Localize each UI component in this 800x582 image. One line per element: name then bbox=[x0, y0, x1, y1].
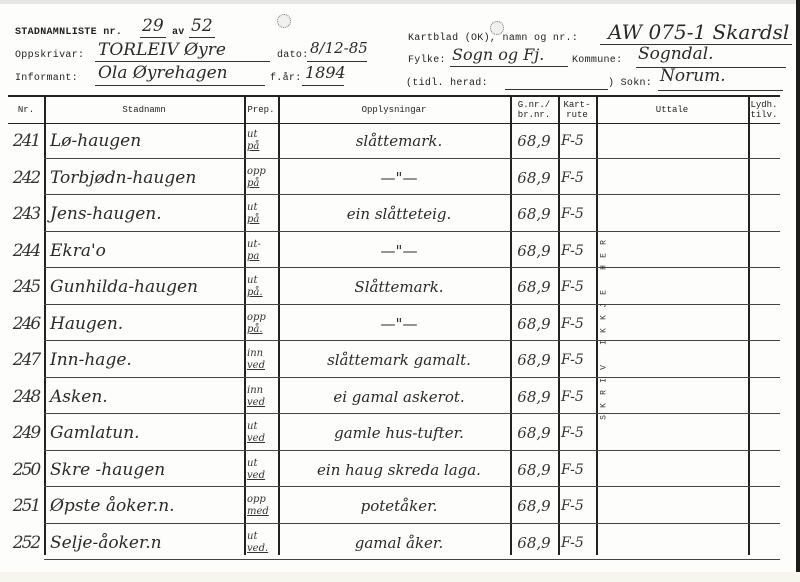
information: Slåttemark. bbox=[288, 271, 510, 304]
col-header-uttale: Uttale bbox=[596, 95, 748, 125]
underline bbox=[307, 61, 367, 62]
kartrute: F-5 bbox=[561, 162, 596, 195]
prep-line-1: ut bbox=[247, 129, 257, 141]
row-divider bbox=[44, 413, 780, 414]
row-divider bbox=[44, 158, 780, 159]
prep-line-2: på bbox=[247, 178, 259, 190]
uttale-cell bbox=[598, 381, 746, 414]
underline bbox=[189, 37, 215, 38]
col-header-lydh: Lydh. tilv. bbox=[748, 95, 780, 125]
lydh-cell bbox=[750, 198, 780, 231]
row-divider bbox=[44, 486, 780, 487]
prep-line-1: ut- bbox=[247, 239, 261, 251]
place-name: Torbjødn-haugen bbox=[50, 162, 244, 195]
preposition: utpå bbox=[247, 198, 278, 231]
kartrute: F-5 bbox=[561, 527, 596, 560]
prep-line-2: pa bbox=[247, 251, 259, 263]
lydh-cell bbox=[750, 490, 780, 523]
place-name: Lø-haugen bbox=[50, 125, 244, 158]
prep-line-2: på. bbox=[247, 324, 263, 336]
gnr-bnr: 68,9 bbox=[510, 162, 558, 195]
kartrute: F-5 bbox=[561, 271, 596, 304]
row-number: 247 bbox=[8, 344, 44, 377]
information: slåttemark. bbox=[288, 125, 510, 158]
prep-line-2: ved. bbox=[247, 543, 268, 555]
fylke-value: Sogn og Fj. bbox=[452, 45, 544, 64]
information: ein haug skreda laga. bbox=[288, 454, 510, 487]
stamp-letter: R bbox=[600, 387, 609, 399]
faar-label: f.år: bbox=[270, 73, 302, 84]
kartblad-value: AW 075-1 Skardsl bbox=[608, 20, 789, 44]
row-divider bbox=[44, 231, 780, 232]
lydh-cell bbox=[750, 271, 780, 304]
uttale-cell bbox=[598, 235, 746, 268]
uttale-cell bbox=[598, 344, 746, 377]
preposition: opppå. bbox=[247, 308, 278, 341]
gnr-bnr: 68,9 bbox=[510, 381, 558, 414]
uttale-cell bbox=[598, 308, 746, 341]
information: —"— bbox=[288, 235, 510, 268]
row-number: 243 bbox=[8, 198, 44, 231]
prep-line-2: med bbox=[247, 506, 269, 518]
place-name: Gunhilda-haugen bbox=[50, 271, 244, 304]
underline bbox=[95, 85, 265, 86]
prep-line-2: på. bbox=[247, 287, 263, 299]
place-name: Asken. bbox=[50, 381, 244, 414]
row-number: 241 bbox=[8, 125, 44, 158]
gnr-bnr: 68,9 bbox=[510, 527, 558, 560]
gnr-bnr: 68,9 bbox=[510, 344, 558, 377]
prep-line-2: på bbox=[247, 141, 259, 153]
underline bbox=[450, 66, 568, 67]
stamp-letter: I bbox=[600, 337, 609, 349]
kartblad-label: Kartblad (OK), namn og nr.: bbox=[408, 33, 578, 44]
stamp-letter: R bbox=[600, 237, 609, 249]
underline bbox=[95, 61, 270, 62]
dato-value: 8/12-85 bbox=[310, 39, 368, 57]
preposition: utved bbox=[247, 417, 278, 450]
stamp-letter: H bbox=[600, 262, 609, 274]
preposition: opppå bbox=[247, 162, 278, 195]
place-name: Selje-åoker.n bbox=[50, 527, 244, 560]
information: —"— bbox=[288, 162, 510, 195]
prep-line-1: ut bbox=[247, 275, 257, 287]
col-header-opplysningar: Opplysningar bbox=[278, 95, 510, 125]
prep-line-1: ut bbox=[247, 202, 257, 214]
sokn-value: Norum. bbox=[660, 66, 726, 86]
kartrute: F-5 bbox=[561, 198, 596, 231]
information: slåttemark gamalt. bbox=[288, 344, 510, 377]
preposition: innved bbox=[247, 344, 278, 377]
kartrute: F-5 bbox=[561, 235, 596, 268]
kartrute: F-5 bbox=[561, 125, 596, 158]
kartrute: F-5 bbox=[561, 308, 596, 341]
row-divider bbox=[44, 377, 780, 378]
col-header-prep: Prep. bbox=[244, 95, 278, 125]
preposition: utpå bbox=[247, 125, 278, 158]
uttale-cell bbox=[598, 162, 746, 195]
place-name: Inn-hage. bbox=[50, 344, 244, 377]
kartrute: F-5 bbox=[561, 417, 596, 450]
underline bbox=[658, 90, 783, 91]
col-header-gnr: G.nr./ br.nr. bbox=[510, 95, 558, 125]
prep-line-1: ut bbox=[247, 458, 257, 470]
row-number: 251 bbox=[8, 490, 44, 523]
prep-line-1: opp bbox=[247, 494, 266, 506]
information: ei gamal askerot. bbox=[288, 381, 510, 414]
information: gamle hus-tufter. bbox=[288, 417, 510, 450]
kommune-label: Kommune: bbox=[572, 55, 622, 66]
punch-hole-icon bbox=[277, 14, 291, 28]
uttale-cell bbox=[598, 198, 746, 231]
lydh-cell bbox=[750, 162, 780, 195]
skriv-ikkje-her-stamp: REH EJKKI VIRKS bbox=[598, 238, 610, 428]
gnr-bnr: 68,9 bbox=[510, 454, 558, 487]
lydh-cell bbox=[750, 454, 780, 487]
preposition: ut-pa bbox=[247, 235, 278, 268]
place-name: Gamlatun. bbox=[50, 417, 244, 450]
uttale-cell bbox=[598, 271, 746, 304]
dato-label: dato: bbox=[277, 50, 309, 61]
row-divider bbox=[44, 559, 780, 560]
row-number: 252 bbox=[8, 527, 44, 560]
list-total: 52 bbox=[191, 16, 213, 36]
prep-line-2: ved bbox=[247, 397, 265, 409]
col-header-stadnamn: Stadnamn bbox=[44, 95, 244, 125]
preposition: utved. bbox=[247, 527, 278, 560]
list-number: 29 bbox=[142, 16, 164, 36]
gnr-bnr: 68,9 bbox=[510, 490, 558, 523]
preposition: innved bbox=[247, 381, 278, 414]
underline bbox=[505, 89, 608, 90]
stamp-letter: J bbox=[600, 299, 609, 311]
uttale-cell bbox=[598, 417, 746, 450]
prep-line-1: inn bbox=[247, 385, 263, 397]
row-divider bbox=[44, 523, 780, 524]
uttale-cell bbox=[598, 125, 746, 158]
row-number: 242 bbox=[8, 162, 44, 195]
place-name: Jens-haugen. bbox=[50, 198, 244, 231]
preposition: oppmed bbox=[247, 490, 278, 523]
place-name-table: Nr. Stadnamn Prep. Opplysningar G.nr./ b… bbox=[8, 95, 780, 555]
stamp-letter: K bbox=[600, 312, 609, 324]
kartrute: F-5 bbox=[561, 454, 596, 487]
uttale-cell bbox=[598, 454, 746, 487]
row-number: 248 bbox=[8, 381, 44, 414]
stamp-letter: S bbox=[600, 412, 609, 424]
stamp-letter: K bbox=[600, 324, 609, 336]
row-divider bbox=[44, 194, 780, 195]
underline bbox=[302, 85, 344, 86]
lydh-cell bbox=[750, 125, 780, 158]
informant-label: Informant: bbox=[15, 73, 78, 84]
place-name: Ekra'o bbox=[50, 235, 244, 268]
row-number: 249 bbox=[8, 417, 44, 450]
sokn-label: ) Sokn: bbox=[608, 78, 652, 89]
lydh-cell bbox=[750, 235, 780, 268]
list-label: STADNAMNLISTE nr. bbox=[15, 27, 122, 38]
stamp-letter: E bbox=[600, 287, 609, 299]
prep-line-2: ved bbox=[247, 433, 265, 445]
preposition: utved bbox=[247, 454, 278, 487]
prep-line-2: på bbox=[247, 214, 259, 226]
informant-value: Ola Øyrehagen bbox=[98, 63, 228, 83]
row-divider bbox=[44, 304, 780, 305]
gnr-bnr: 68,9 bbox=[510, 417, 558, 450]
kommune-value: Sogndal. bbox=[638, 44, 714, 64]
kartrute: F-5 bbox=[561, 381, 596, 414]
row-number: 246 bbox=[8, 308, 44, 341]
row-number: 250 bbox=[8, 454, 44, 487]
place-name: Skre -haugen bbox=[50, 454, 244, 487]
gnr-bnr: 68,9 bbox=[510, 198, 558, 231]
information: gamal åker. bbox=[288, 527, 510, 560]
tidl-herad-label: (tidl. herad: bbox=[406, 78, 488, 89]
scan-bottom-edge bbox=[0, 572, 800, 582]
gnr-bnr: 68,9 bbox=[510, 235, 558, 268]
oppskrivar-label: Oppskrivar: bbox=[15, 50, 84, 61]
col-header-kartrute: Kart- rute bbox=[558, 95, 596, 125]
col-header-nr: Nr. bbox=[8, 95, 44, 125]
stamp-letter: K bbox=[600, 399, 609, 411]
fylke-label: Fylke: bbox=[408, 55, 446, 66]
stamp-letter: E bbox=[600, 249, 609, 261]
stamp-letter: V bbox=[600, 362, 609, 374]
lydh-cell bbox=[750, 381, 780, 414]
prep-line-2: ved bbox=[247, 470, 265, 482]
row-divider bbox=[44, 340, 780, 341]
row-number: 245 bbox=[8, 271, 44, 304]
lydh-cell bbox=[750, 527, 780, 560]
prep-line-1: opp bbox=[247, 312, 266, 324]
gnr-bnr: 68,9 bbox=[510, 271, 558, 304]
information: potetåker. bbox=[288, 490, 510, 523]
row-number: 244 bbox=[8, 235, 44, 268]
information: —"— bbox=[288, 308, 510, 341]
prep-line-2: ved bbox=[247, 360, 265, 372]
header-divider bbox=[8, 123, 780, 124]
prep-line-1: ut bbox=[247, 421, 257, 433]
kartrute: F-5 bbox=[561, 344, 596, 377]
lydh-cell bbox=[750, 308, 780, 341]
stamp-letter: I bbox=[600, 374, 609, 386]
lydh-cell bbox=[750, 344, 780, 377]
row-divider bbox=[44, 450, 780, 451]
preposition: utpå. bbox=[247, 271, 278, 304]
information: ein slåtteteig. bbox=[288, 198, 510, 231]
uttale-cell bbox=[598, 527, 746, 560]
prep-line-1: opp bbox=[247, 166, 266, 178]
faar-value: 1894 bbox=[305, 63, 346, 82]
scan-right-edge bbox=[796, 0, 800, 582]
av-label: av bbox=[172, 27, 185, 38]
uttale-cell bbox=[598, 490, 746, 523]
gnr-bnr: 68,9 bbox=[510, 125, 558, 158]
place-name: Øpste åoker.n. bbox=[50, 490, 244, 523]
prep-line-1: ut bbox=[247, 531, 257, 543]
row-divider bbox=[44, 267, 780, 268]
lydh-cell bbox=[750, 417, 780, 450]
place-name: Haugen. bbox=[50, 308, 244, 341]
underline bbox=[140, 37, 166, 38]
kartrute: F-5 bbox=[561, 490, 596, 523]
oppskrivar-value: TORLEIV Øyre bbox=[98, 40, 226, 60]
prep-line-1: inn bbox=[247, 348, 263, 360]
gnr-bnr: 68,9 bbox=[510, 308, 558, 341]
